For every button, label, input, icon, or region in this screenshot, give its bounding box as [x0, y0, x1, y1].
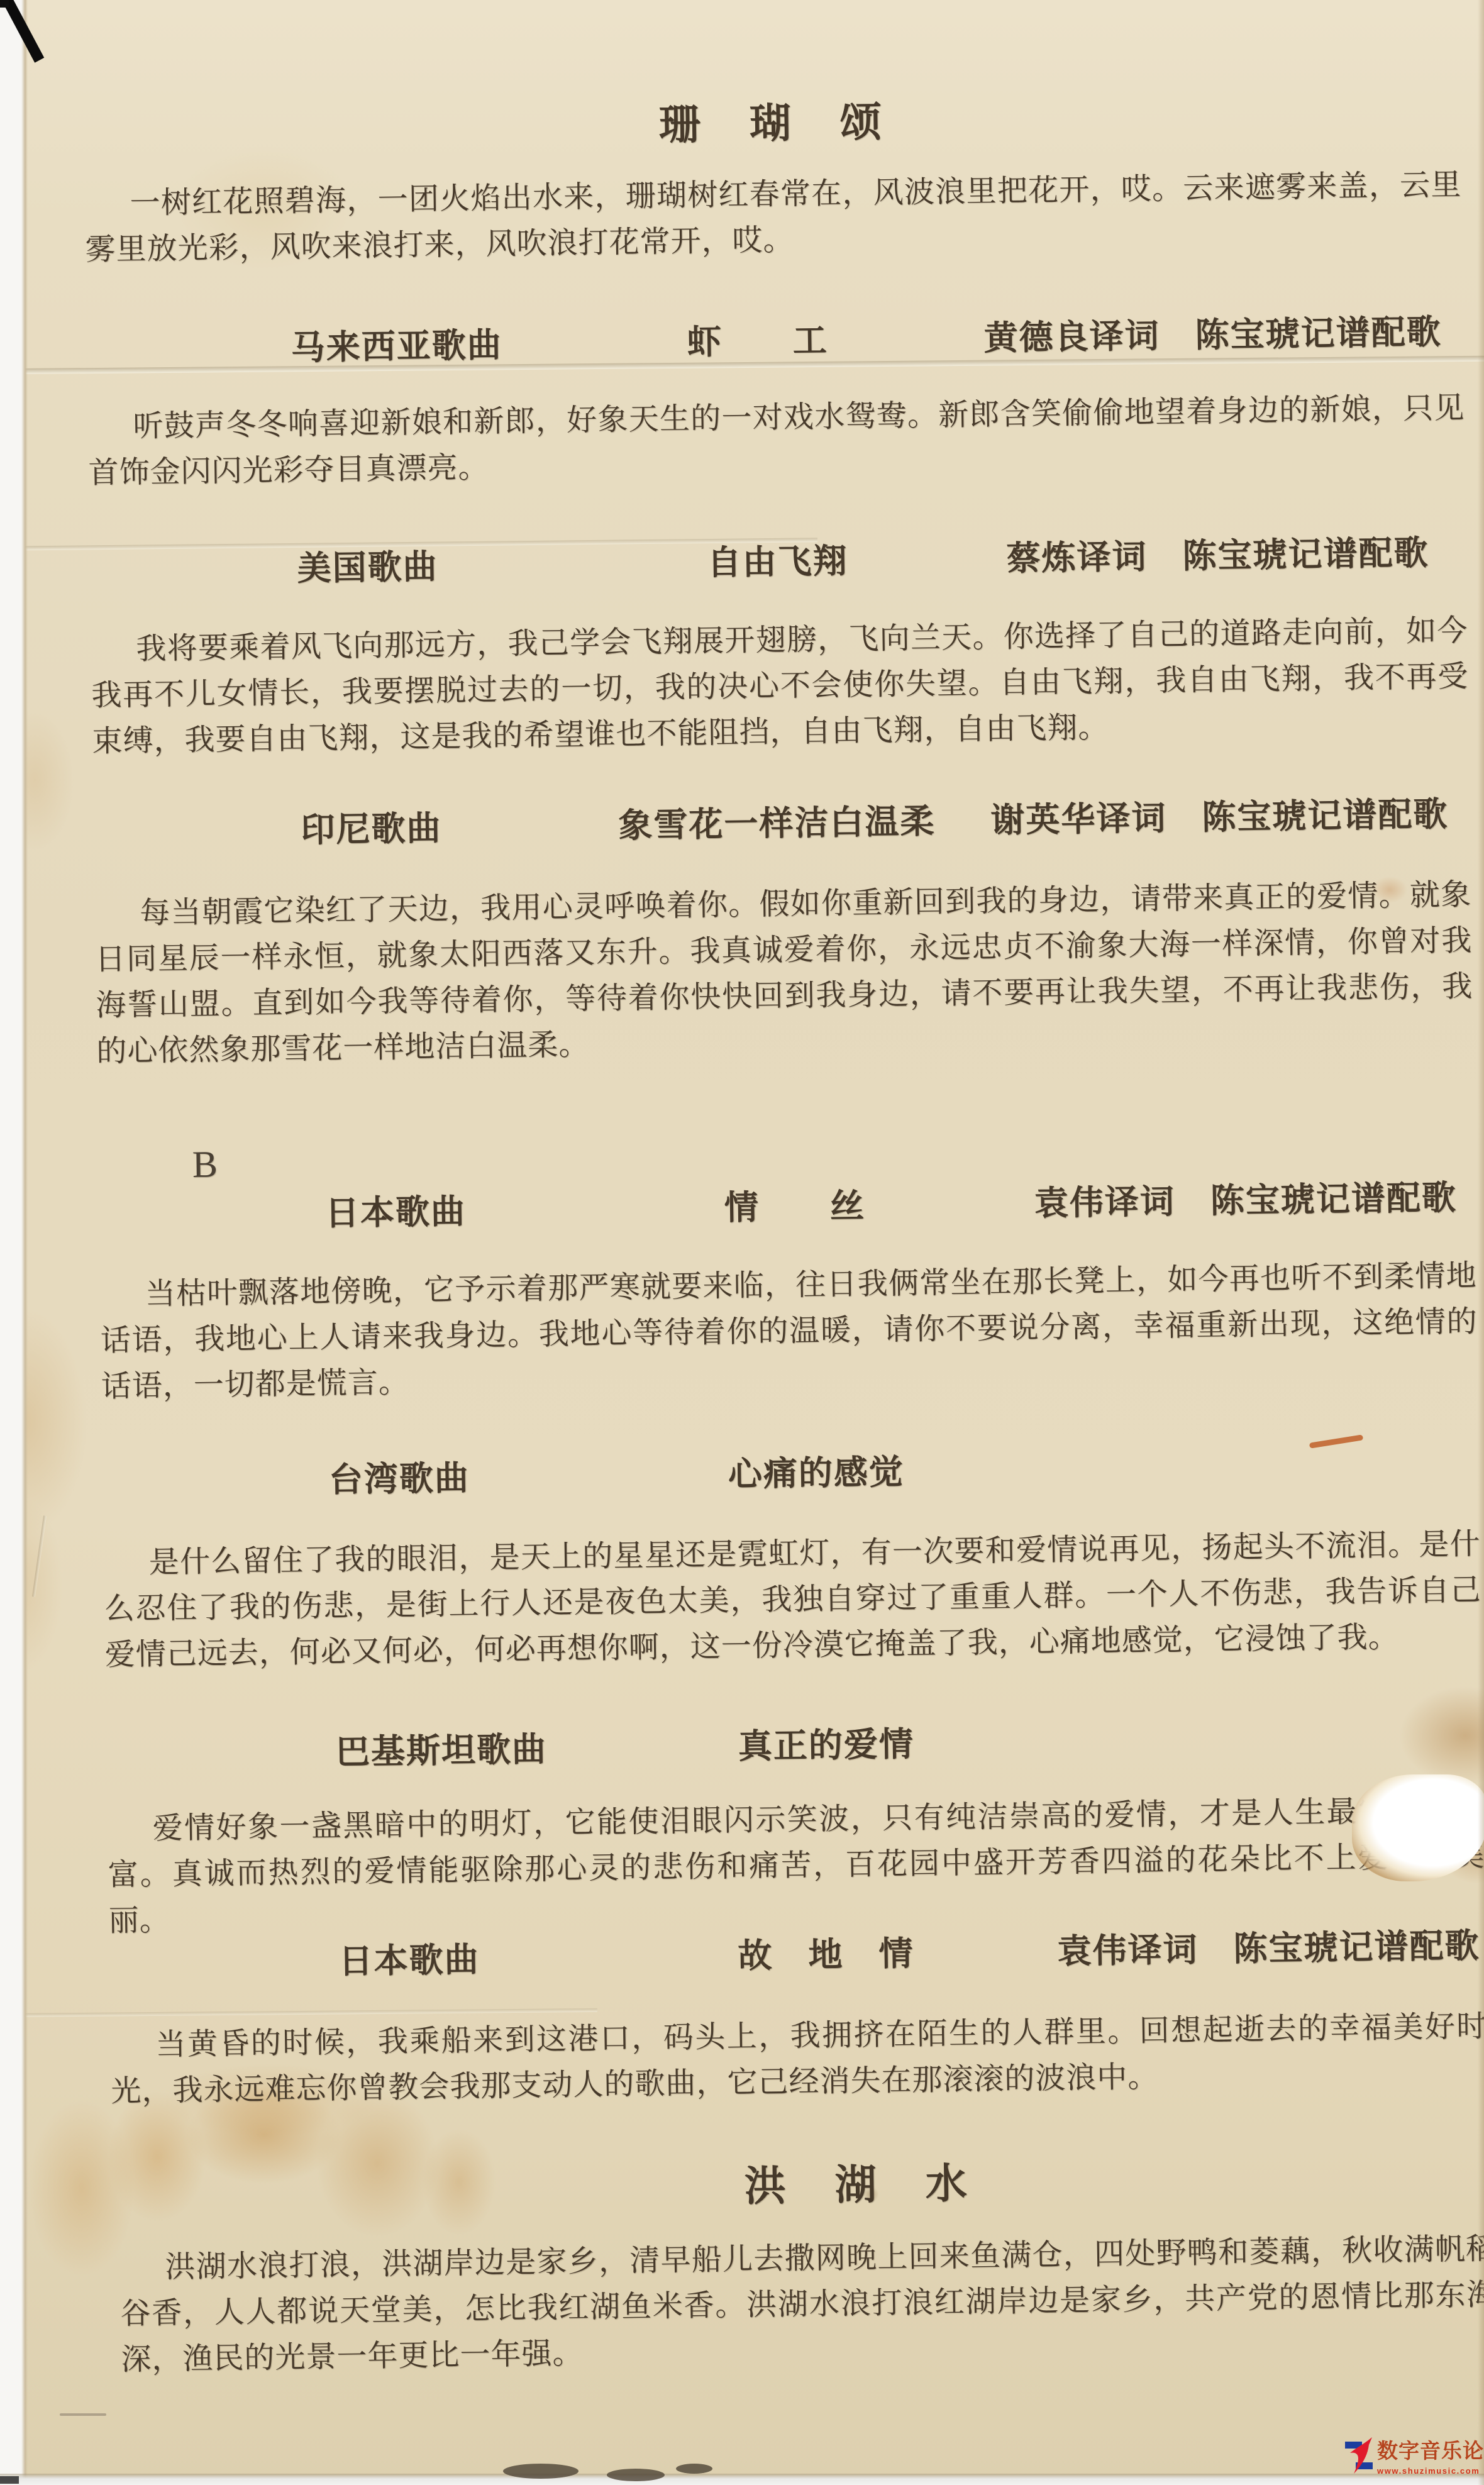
paper-edge-shadow [676, 2464, 712, 2474]
song-lyrics: 听鼓声冬冬响喜迎新娘和新郎，好象天生的一对戏水鸳鸯。新郎含笑偷偷地望着身边的新娘… [87, 385, 1466, 497]
song-lyrics: 是什么留住了我的眼泪，是天上的星星还是霓虹灯，有一次要和爱情说再见，扬起头不流泪… [103, 1521, 1482, 1678]
song-lyrics: 爱情好象一盏黑暗中的明灯，它能使泪眼闪示笑波，只有纯洁崇高的爱情，才是人生最宝贵… [107, 1787, 1484, 1944]
song-heading-row: 美国歌曲 自由飞翔 蔡炼译词 陈宝琥记谱配歌 [8, 525, 1484, 596]
scanned-lyrics-sheet: 珊 瑚 颂 一树红花照碧海，一团火焰出水来，珊瑚树红春常在，风波浪里把花开，哎。… [0, 0, 1484, 2485]
song-heading-row: 印尼歌曲 象雪花一样洁白温柔 谢英华译词 陈宝琥记谱配歌 [11, 787, 1484, 858]
song-credits: 谢英华译词 陈宝琥记谱配歌 [990, 787, 1449, 842]
scan-margin-bottom [0, 2474, 1484, 2485]
song-credits: 袁伟译词 陈宝琥记谱配歌 [1057, 1918, 1480, 1973]
song-title: 象雪花一样洁白温柔 [618, 794, 936, 847]
song-lyrics: 洪湖水浪打浪，洪湖岸边是家乡，清早船儿去撒网晚上回来鱼满仓，四处野鸭和菱藕，秋收… [119, 2226, 1484, 2383]
paper-edge-shadow [607, 2469, 665, 2481]
song-lyrics: 我将要乘着风飞向那远方，我己学会飞翔展开翅膀，飞向兰天。你选择了自己的道路走向前… [91, 608, 1470, 765]
forum-url: www.shuzimusic.com [1377, 2466, 1484, 2476]
song-title: 虾 工 [687, 314, 828, 364]
song-country-label: 台湾歌曲 [328, 1451, 470, 1502]
song-heading-row: 马来西亚歌曲 虾 工 黄德良译词 陈宝琥记谱配歌 [4, 304, 1484, 375]
song-credits: 黄德良译词 陈宝琥记谱配歌 [983, 305, 1442, 360]
song-title: 故 地 情 [738, 1927, 914, 1978]
paper-edge-shadow [503, 2464, 579, 2479]
song-country-label: 印尼歌曲 [301, 801, 442, 851]
song-lyrics: 一树红花照碧海，一团火焰出水来，珊瑚树红春常在，风波浪里把花开，哎。云来遮雾来盖… [84, 162, 1463, 274]
song-title: 自由飞翔 [707, 534, 848, 584]
song-heading-row: 日本歌曲 情 丝 袁伟译词 陈宝琥记谱配歌 [16, 1170, 1484, 1241]
song-country-label: 美国歌曲 [297, 540, 438, 590]
song-heading-row: 台湾歌曲 心痛的感觉 [20, 1437, 1484, 1508]
scan-margin-left [0, 0, 28, 2485]
song-country-label: 日本歌曲 [324, 1185, 466, 1235]
side-b-marker: B [192, 1143, 218, 1187]
song-country-label: 马来西亚歌曲 [291, 318, 502, 370]
song-credits: 蔡炼译词 陈宝琥记谱配歌 [1006, 526, 1429, 580]
forum-watermark: 数字音乐论坛 www.shuzimusic.com [1344, 2435, 1484, 2484]
song-country-label: 巴基斯坦歌曲 [335, 1722, 547, 1774]
shuzimusic-logo-icon [1344, 2437, 1373, 2474]
song-title: 珊 瑚 颂 [1, 79, 1484, 160]
song-title: 真正的爱情 [738, 1717, 914, 1768]
song-title: 情 丝 [724, 1179, 865, 1229]
song-heading-row: 巴基斯坦歌曲 真正的爱情 [24, 1709, 1484, 1780]
song-lyrics: 每当朝霞它染红了天边，我用心灵呼唤着你。假如你重新回到我的身边，请带来真正的爱情… [94, 872, 1474, 1075]
song-lyrics: 当黄昏的时候，我乘船来到这港口，码头上，我拥挤在陌生的人群里。回想起逝去的幸福美… [110, 2003, 1484, 2115]
song-credits: 袁伟译词 陈宝琥记谱配歌 [1034, 1171, 1457, 1225]
watermark-text-block: 数字音乐论坛 www.shuzimusic.com [1377, 2435, 1484, 2476]
song-lyrics: 当枯叶飘落地傍晚，它予示着那严寒就要来临，往日我俩常坐在那长凳上，如今再也听不到… [99, 1253, 1478, 1410]
paper-edge-shadow [1478, 0, 1484, 2485]
pencil-mark [60, 2413, 106, 2416]
page-content: 珊 瑚 颂 一树红花照碧海，一团火焰出水来，珊瑚树红春常在，风波浪里把花开，哎。… [0, 0, 1484, 2485]
song-title: 心痛的感觉 [728, 1445, 904, 1496]
forum-name: 数字音乐论坛 [1377, 2435, 1484, 2464]
scan-corner-artifact [0, 2476, 19, 2484]
song-title: 洪 湖 水 [87, 2140, 1484, 2222]
song-country-label: 日本歌曲 [338, 1933, 480, 1983]
scan-corner-artifact [0, 0, 9, 8]
